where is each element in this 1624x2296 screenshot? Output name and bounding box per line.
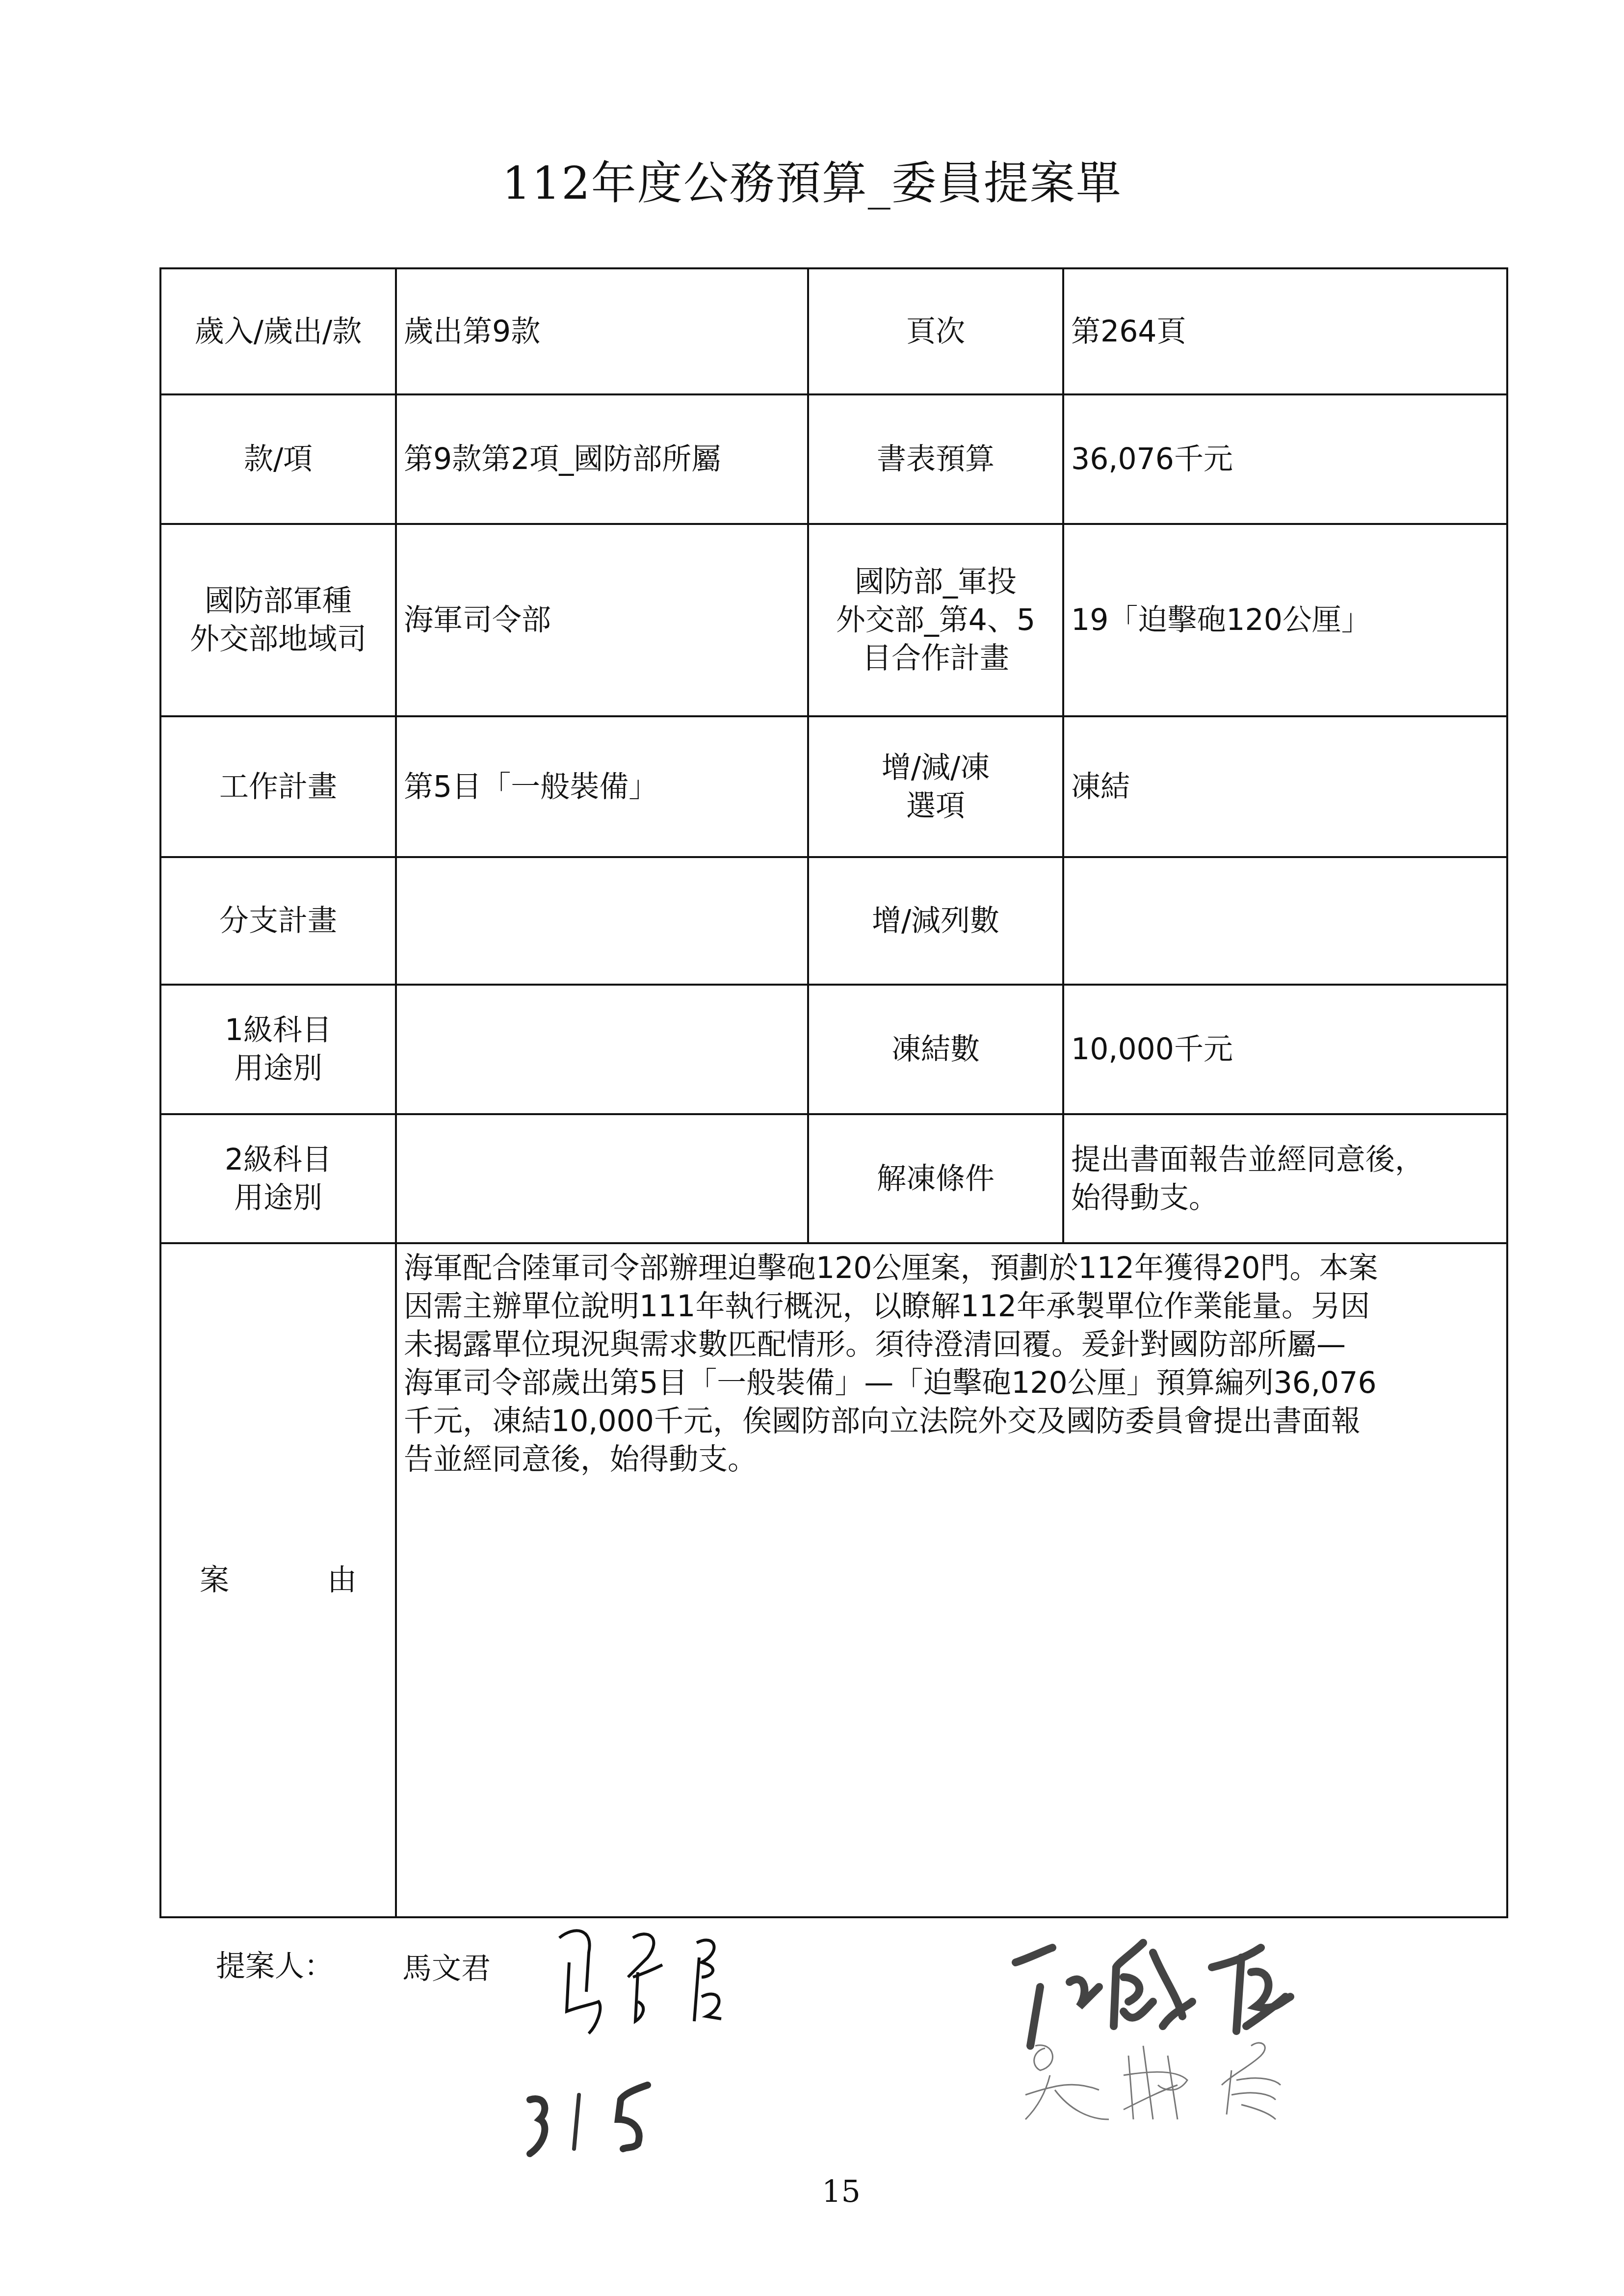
value-cooperation-plan: 19「迫擊砲120公厘」 <box>1063 524 1507 716</box>
table-row: 歲入/歲出/款 歲出第9款 頁次 第264頁 <box>160 268 1507 394</box>
value-level1-account <box>396 985 808 1114</box>
value-line: 提出書面報告並經同意後， <box>1071 1141 1499 1179</box>
reason-label-char: 案 <box>200 1561 229 1599</box>
label-line: 用途別 <box>168 1179 388 1217</box>
label-line: 用途別 <box>168 1049 388 1088</box>
proposer-name: 馬文君 <box>402 1945 491 1987</box>
value-change-amount <box>1063 857 1507 985</box>
value-page: 第264頁 <box>1063 268 1507 394</box>
reason-label-char: 由 <box>327 1561 357 1599</box>
reason-line: 告並經同意後，始得動支。 <box>404 1440 1499 1479</box>
table-row: 國防部軍種 外交部地域司 海軍司令部 國防部_軍投 外交部_第4、5 目合作計畫… <box>160 524 1507 716</box>
label-level2-account: 2級科目 用途別 <box>160 1114 396 1243</box>
handwritten-note <box>525 2080 692 2159</box>
label-reason: 案由 <box>160 1243 396 1917</box>
reason-line: 未揭露單位現況與需求數匹配情形。須待澄清回覆。爰針對國防部所屬— <box>404 1326 1499 1364</box>
signature-ma-wen-chun <box>540 1923 746 2036</box>
label-section-item: 款/項 <box>160 394 396 524</box>
proposer-label: 提案人： <box>216 1943 334 1985</box>
label-budget-type: 歲入/歲出/款 <box>160 268 396 394</box>
reason-line: 因需主辦單位說明111年執行概況，以瞭解112年承製單位作業能量。另因 <box>404 1287 1499 1326</box>
value-unfreeze-condition: 提出書面報告並經同意後， 始得動支。 <box>1063 1114 1507 1243</box>
reason-line: 海軍配合陸軍司令部辦理迫擊砲120公厘案，預劃於112年獲得20門。本案 <box>404 1249 1499 1287</box>
label-line: 國防部軍種 <box>168 582 388 620</box>
label-level1-account: 1級科目 用途別 <box>160 985 396 1114</box>
label-page: 頁次 <box>808 268 1063 394</box>
value-frozen-amount: 10,000千元 <box>1063 985 1507 1114</box>
value-military-branch: 海軍司令部 <box>396 524 808 716</box>
proposal-form-table: 歲入/歲出/款 歲出第9款 頁次 第264頁 款/項 第9款第2項_國防部所屬 … <box>159 267 1508 1918</box>
label-line: 目合作計畫 <box>816 639 1055 678</box>
label-line: 外交部地域司 <box>168 620 388 658</box>
label-frozen-amount: 凍結數 <box>808 985 1063 1114</box>
reason-body: 海軍配合陸軍司令部辦理迫擊砲120公厘案，預劃於112年獲得20門。本案 因需主… <box>396 1243 1507 1917</box>
label-sub-plan: 分支計畫 <box>160 857 396 985</box>
value-work-plan: 第5目「一般裝備」 <box>396 716 808 857</box>
label-book-budget: 書表預算 <box>808 394 1063 524</box>
page-title: 112年度公務預算_委員提案單 <box>0 147 1624 212</box>
table-row: 款/項 第9款第2項_國防部所屬 書表預算 36,076千元 <box>160 394 1507 524</box>
value-line: 始得動支。 <box>1071 1179 1499 1217</box>
table-row: 分支計畫 增/減列數 <box>160 857 1507 985</box>
table-row: 工作計畫 第5目「一般裝備」 增/減/凍 選項 凍結 <box>160 716 1507 857</box>
label-line: 2級科目 <box>168 1141 388 1179</box>
page-number: 15 <box>822 2173 861 2209</box>
label-unfreeze-condition: 解凍條件 <box>808 1114 1063 1243</box>
table-row: 1級科目 用途別 凍結數 10,000千元 <box>160 985 1507 1114</box>
value-book-budget: 36,076千元 <box>1063 394 1507 524</box>
label-line: 外交部_第4、5 <box>816 601 1055 639</box>
value-sub-plan <box>396 857 808 985</box>
value-level2-account <box>396 1114 808 1243</box>
label-cooperation-plan: 國防部_軍投 外交部_第4、5 目合作計畫 <box>808 524 1063 716</box>
value-budget-type: 歲出第9款 <box>396 268 808 394</box>
reason-line: 海軍司令部歲出第5目「一般裝備」—「迫擊砲120公厘」預算編列36,076 <box>404 1364 1499 1402</box>
value-section-item: 第9款第2項_國防部所屬 <box>396 394 808 524</box>
table-row-reason: 案由 海軍配合陸軍司令部辦理迫擊砲120公厘案，預劃於112年獲得20門。本案 … <box>160 1243 1507 1917</box>
label-military-branch: 國防部軍種 外交部地域司 <box>160 524 396 716</box>
label-line: 增/減/凍 <box>816 749 1055 787</box>
label-change-amount: 增/減列數 <box>808 857 1063 985</box>
label-work-plan: 工作計畫 <box>160 716 396 857</box>
label-line: 1級科目 <box>168 1011 388 1049</box>
value-action-option: 凍結 <box>1063 716 1507 857</box>
label-line: 國防部_軍投 <box>816 563 1055 601</box>
table-row: 2級科目 用途別 解凍條件 提出書面報告並經同意後， 始得動支。 <box>160 1114 1507 1243</box>
signature-wu-sz-huai <box>1016 2036 1330 2124</box>
label-line: 選項 <box>816 787 1055 825</box>
label-action-option: 增/減/凍 選項 <box>808 716 1063 857</box>
reason-line: 千元，凍結10,000千元，俟國防部向立法院外交及國防委員會提出書面報 <box>404 1402 1499 1440</box>
